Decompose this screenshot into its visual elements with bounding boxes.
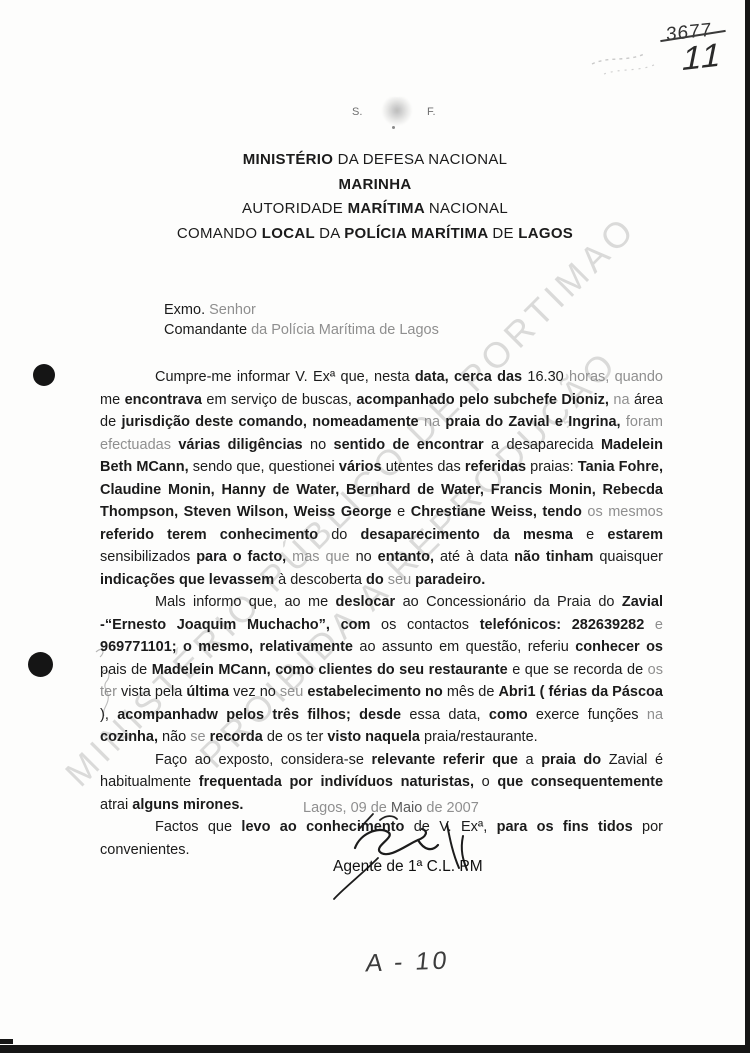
stamp-letter-right: F. [427,106,436,118]
hole-punch-mark [33,364,55,386]
scan-edge-nub [0,1039,13,1044]
stamp-smudge [381,97,413,127]
letter-body: Cumpre-me informar V. Exª que, nesta dat… [100,366,663,861]
addressee-block: Exmo. Senhor Comandante da Polícia Marít… [164,300,439,340]
addressee-line-1: Exmo. Senhor [164,300,439,320]
scanned-document-page: MINISTÉRIO PÚBLICO DE PORTIMAO PROIBIDA … [0,0,750,1053]
letterhead-line-ministry: MINISTÉRIO DA DEFESA NACIONAL [0,148,750,173]
hole-punch-mark [28,652,53,677]
paragraph-search-report: Cumpre-me informar V. Exª que, nesta dat… [100,366,663,591]
letterhead-line-navy: MARINHA [0,173,750,198]
signature-title: Agente de 1ª C.L. PM [333,858,483,876]
addressee-line-2: Comandante da Polícia Marítima de Lagos [164,320,439,340]
handwritten-signature [300,806,490,901]
paragraph-concessionaire: Mals informo que, ao me deslocar ao Conc… [100,591,663,749]
letterhead: MINISTÉRIO DA DEFESA NACIONAL MARINHA AU… [0,148,750,246]
letterhead-line-command: COMANDO LOCAL DA POLÍCIA MARÍTIMA DE LAG… [0,222,750,247]
stamp-dot [392,126,395,129]
letterhead-line-authority: AUTORIDADE MARÍTIMA NACIONAL [0,197,750,222]
handwritten-page-number: 11 [678,36,726,79]
handwritten-exhibit-code: A - 10 [364,947,451,979]
stamp-letter-left: S. [352,106,362,118]
pencil-smudge [588,38,683,78]
scan-edge-bottom [0,1045,750,1053]
